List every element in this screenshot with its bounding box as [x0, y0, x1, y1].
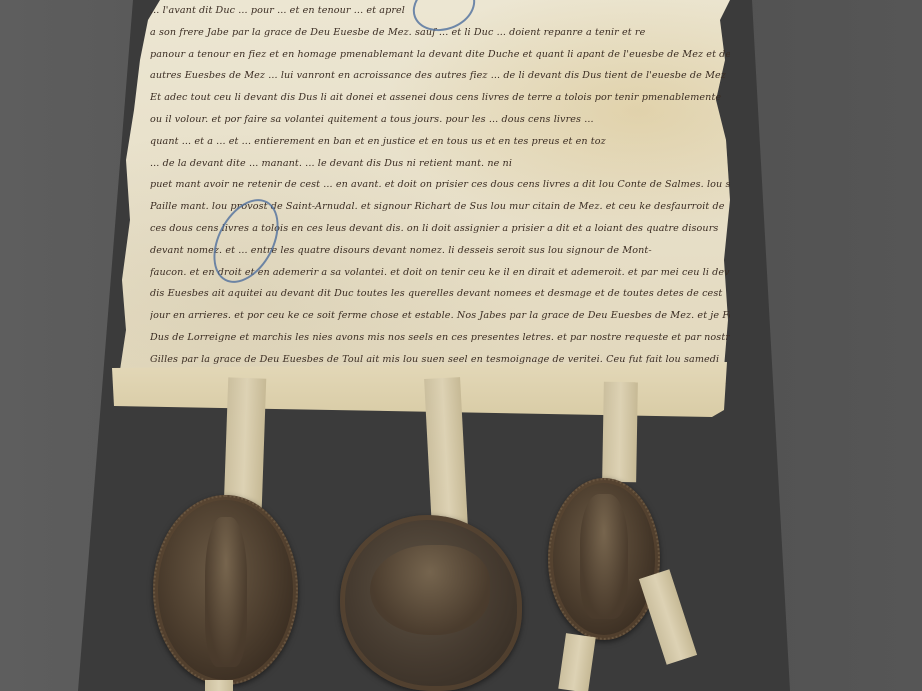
charter-line: ou il volour. et por faire sa volantei q…	[150, 109, 730, 131]
charter-line: autres Euesbes de Mez ... lui vanront en…	[150, 65, 730, 87]
equestrian-figure	[370, 545, 490, 635]
seal-center	[340, 515, 522, 691]
charter-line: jour en arrieres. et por ceu ke ce soit …	[150, 305, 730, 327]
charter-line: panour a tenour en fiez et en homage pme…	[150, 44, 730, 66]
bishop-figure	[205, 517, 247, 667]
charter-line: Dus de Lorreigne et marchis les nies avo…	[150, 327, 730, 349]
charter-line: ... de la devant dite ... manant. ... le…	[150, 153, 730, 175]
charter-line: dis Euesbes ait aquitei au devant dit Du…	[150, 283, 730, 305]
seated-bishop-figure	[580, 494, 628, 619]
seal-right	[548, 478, 660, 640]
charter-line: Et adec tout ceu li devant dis Dus li ai…	[150, 87, 730, 109]
seal-tag-right	[602, 382, 638, 483]
seal-tag-left	[224, 377, 267, 508]
seal-tag-left-end	[205, 680, 233, 691]
charter-line: quant ... et a ... et ... entierement en…	[150, 131, 730, 153]
charter-text: ... l'avant dit Duc ... pour ... et en t…	[150, 0, 730, 392]
seal-left	[153, 495, 298, 685]
charter-line: puet mant avoir ne retenir de cest ... e…	[150, 174, 730, 196]
